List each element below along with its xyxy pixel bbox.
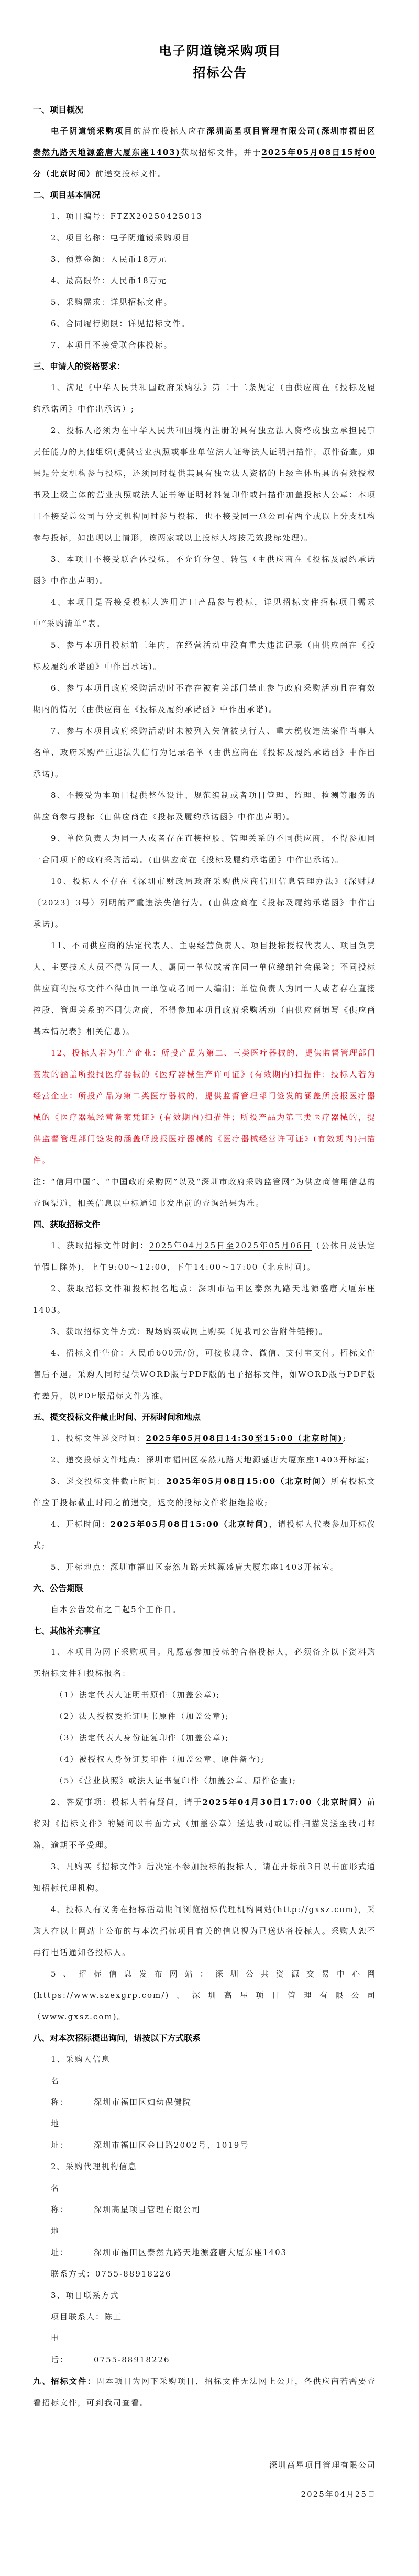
obtain-method: 3、获取招标文件方式：现场购买或网上购买（见我司公告附件链接)。 <box>33 1321 376 1342</box>
section-contacts: 八、对本次招标提出询问，请按以下方式联系 1、采购人信息 名 称：深圳市福田区妇… <box>64 2028 376 2371</box>
section-heading: 四、获取招标文件 <box>33 1214 376 1235</box>
document-price: 4、招标文件售价：人民币600元/份，可接收现金、微信、支付宝支付。招标文件售后… <box>33 1342 376 1407</box>
text-fragment: 的潜在投标人应在 <box>133 126 206 136</box>
field-label: 电 话： <box>51 2328 94 2371</box>
submission-deadline: 3、递交投标文件截止时间：2025年05月08日15:00（北京时间）所有投标文… <box>33 1471 376 1514</box>
signature-company: 深圳高星项目管理有限公司 <box>64 2455 376 2476</box>
qualification-item: 2、投标人必须为在中华人民共和国境内注册的具有独立法人资格或独立承担民事责任能力… <box>33 420 376 549</box>
qualification-item: 7、参与本项目政府采购活动时未被列入失信被执行人、重大税收违法案件当事人名单、政… <box>33 720 376 785</box>
credit-query-note: 注：“信用中国”、“中国政府采购网”以及“深圳市政府采购监管网”为供应商信用信息… <box>33 1171 376 1214</box>
document-title-block: 电子阴道镜采购项目 招标公告 <box>64 40 376 84</box>
project-name: 2、项目名称：电子阴道镜采购项目 <box>51 227 376 249</box>
qualification-item: 9、单位负责人为同一人或者存在直接控股、管理关系的不同供应商，不得参加同一合同项… <box>33 828 376 871</box>
text-fragment: 1、获取招标文件时间： <box>51 1241 149 1250</box>
max-price: 4、最高限价：人民币18万元 <box>51 270 376 292</box>
qualification-item: 3、本项目不接受联合体投标，不允许分包、转包（由供应商在《投标及履约承诺函》中作… <box>33 549 376 592</box>
opening-location: 5、开标地点：深圳市福田区泰然九路天地源盛唐大厦东座1403开标室。 <box>33 1557 376 1578</box>
section-project-overview: 一、项目概况 电子阴道镜采购项目的潜在投标人应在深圳高星项目管理有限公司(深圳市… <box>64 99 376 185</box>
required-document: （2）法人授权委托证明书原件（加盖公章); <box>55 1706 376 1727</box>
required-document: （3）法定代表人身份证复印件（加盖公章); <box>55 1727 376 1749</box>
agency-name: 名 称：深圳高星项目管理有限公司 <box>51 2178 376 2220</box>
qualification-item: 1、满足《中华人民共和国政府采购法》第二十二条规定（由供应商在《投标及履约承诺函… <box>33 377 376 420</box>
project-contact-title: 3、项目联系方式 <box>51 2285 376 2306</box>
qualification-item: 8、不接受为本项目提供整体设计、规范编制或者项目管理、监理、检测等服务的供应商参… <box>33 785 376 828</box>
qualification-item-medical-device-license: 12、投标人若为生产企业：所投产品为第二、三类医疗器械的，提供监督管理部门签发的… <box>33 1042 376 1171</box>
section-qualifications: 三、申请人的资格要求： 1、满足《中华人民共和国政府采购法》第二十二条规定（由供… <box>64 356 376 1214</box>
tender-documents-paragraph: 九、招标文件：因本项目为网下采购项目，招标文件无法网上公开，各供应商若需要查看招… <box>33 2371 376 2414</box>
submission-location: 2、递交投标文件地点：深圳市福田区泰然九路天地源盛唐大厦东座1403开标室; <box>33 1449 376 1471</box>
section-submission-and-opening: 五、提交投标文件截止时间、开标时间和地点 1、投标文件递交时间：2025年05月… <box>64 1407 376 1578</box>
budget-amount: 3、预算金额：人民币18万元 <box>51 249 376 270</box>
publication-websites: 5、招标信息发布网站：深圳公共资源交易中心网(https://www.szexg… <box>33 1963 376 2028</box>
overview-paragraph: 电子阴道镜采购项目的潜在投标人应在深圳高星项目管理有限公司(深圳市福田区泰然九路… <box>33 120 376 185</box>
section-heading: 五、提交投标文件截止时间、开标时间和地点 <box>33 1407 376 1428</box>
website-monitoring-duty: 4、投标人有义务在招标活动期间浏览招标代理机构网站(http://gxsz.co… <box>33 1899 376 1963</box>
project-contact-phone: 电 话：0755-88918226 <box>51 2328 376 2371</box>
tender-announcement-page: 电子阴道镜采购项目 招标公告 一、项目概况 电子阴道镜采购项目的潜在投标人应在深… <box>0 0 419 2576</box>
field-label: 项目联系人： <box>51 2312 104 2322</box>
text-fragment: 3、递交投标文件截止时间： <box>51 1476 166 1486</box>
text-fragment: 2、答疑事项：投标人若有疑问，请于 <box>51 1797 203 1807</box>
section-heading: 六、公告期限 <box>33 1578 376 1599</box>
purchaser-name: 名 称：深圳市福田区妇幼保健院 <box>51 2070 376 2113</box>
agency-contact: 联系方式：0755-88918226 <box>51 2263 376 2285</box>
project-name-highlight: 电子阴道镜采购项目 <box>51 126 133 136</box>
signature-block: 深圳高星项目管理有限公司 2025年04月25日 <box>64 2455 376 2505</box>
qualification-item: 5、参与本项目投标前三年内，在经营活动中没有重大违法记录（由供应商在《投标及履约… <box>33 635 376 678</box>
contract-period: 6、合同履行期限：详见招标文件。 <box>51 313 376 335</box>
opening-time: 4、开标时间：2025年05月08日15:00（北京时间)，请投标人代表参加开标… <box>33 1514 376 1557</box>
submission-time: 1、投标文件递交时间：2025年05月08日14:30至15:00（北京时间); <box>33 1428 376 1449</box>
field-value: 深圳市福田区泰然九路天地源盛唐大厦东座1403 <box>94 2248 287 2257</box>
document-subtitle: 招标公告 <box>64 62 376 84</box>
document-title: 电子阴道镜采购项目 <box>64 40 376 62</box>
field-label: 联系方式： <box>51 2269 95 2279</box>
submission-deadline-value: 2025年05月08日15:00（北京时间） <box>166 1476 330 1486</box>
section-heading: 九、招标文件： <box>33 2377 96 2386</box>
purchaser-info-title: 1、采购人信息 <box>51 2049 376 2070</box>
obtain-date-range: 2025年04月25日至2025年05月06日 <box>149 1241 312 1250</box>
section-heading: 三、申请人的资格要求： <box>33 356 376 377</box>
signature-date: 2025年04月25日 <box>64 2484 376 2505</box>
text-fragment: ; <box>343 1434 347 1443</box>
section-project-basics: 二、项目基本情况 1、项目编号：FTZX20250425013 2、项目名称：电… <box>64 185 376 356</box>
field-value: 0755-88918226 <box>95 2269 172 2279</box>
purchaser-address: 地 址：深圳市福田区金田路2002号、1019号 <box>51 2113 376 2156</box>
section-supplementary-matters: 七、其他补充事宜 1、本项目为网下采购项目。凡愿意参加投标的合格投标人，必须备齐… <box>64 1620 376 2028</box>
obtain-location: 2、获取招标文件和投标报名地点：深圳市福田区泰然九路天地源盛唐大厦东座1403。 <box>33 1278 376 1321</box>
qualification-item: 6、参与本项目政府采购活动时不存在被有关部门禁止参与政府采购活动且在有效期内的情… <box>33 678 376 720</box>
field-value: 深圳市福田区金田路2002号、1019号 <box>94 2140 249 2150</box>
project-number: 1、项目编号：FTZX20250425013 <box>51 206 376 227</box>
withdrawal-notice: 3、凡购买《招标文件》后决定不参加投标的投标人，请在开标前3日以书面形式通知招标… <box>33 1856 376 1899</box>
section-heading: 七、其他补充事宜 <box>33 1620 376 1641</box>
project-contact-person: 项目联系人：陈工 <box>51 2306 376 2328</box>
text-fragment: 4、开标时间： <box>51 1519 111 1529</box>
section-heading: 八、对本次招标提出询问，请按以下方式联系 <box>33 2028 376 2049</box>
opening-time-value: 2025年05月08日15:00（北京时间) <box>111 1519 269 1529</box>
text-fragment: 前递交投标文件。 <box>95 169 167 179</box>
clarification-deadline: 2025年04月30日17:00（北京时间） <box>203 1797 367 1807</box>
no-consortium: 7、本项目不接受联合体投标。 <box>51 335 376 356</box>
qualification-item: 11、不同供应商的法定代表人、主要经营负责人、项目投标授权代表人、项目负责人、主… <box>33 935 376 1042</box>
agency-address: 地 址：深圳市福田区泰然九路天地源盛唐大厦东座1403 <box>51 2220 376 2263</box>
announcement-period-text: 自本公告发布之日起5个工作日。 <box>33 1599 376 1620</box>
required-document: （1）法定代表人证明书原件（加盖公章); <box>55 1684 376 1706</box>
section-obtain-documents: 四、获取招标文件 1、获取招标文件时间：2025年04月25日至2025年05月… <box>64 1214 376 1407</box>
field-value: 0755-88918226 <box>94 2355 170 2364</box>
clarification-matters: 2、答疑事项：投标人若有疑问，请于2025年04月30日17:00（北京时间）前… <box>33 1792 376 1856</box>
required-document: （4）被授权人身份证复印件（加盖公章、原件备查); <box>55 1749 376 1770</box>
qualification-item: 10、投标人不存在《深圳市财政局政府采购供应商信用信息管理办法》(深财规〔202… <box>33 871 376 935</box>
section-heading: 二、项目基本情况 <box>33 185 376 206</box>
field-label: 地 址： <box>51 2220 94 2263</box>
qualification-item: 4、本项目是否接受投标人选用进口产品参与投标，详见招标文件招标项目需求中“采购清… <box>33 592 376 635</box>
offline-procurement-requirements: 1、本项目为网下采购项目。凡愿意参加投标的合格投标人，必须备齐以下资料购买招标文… <box>33 1641 376 1684</box>
procurement-needs: 5、采购需求：详见招标文件。 <box>51 292 376 313</box>
text-fragment: 获取招标文件，并于 <box>181 148 262 157</box>
field-value: 深圳高星项目管理有限公司 <box>94 2205 201 2214</box>
field-value: 深圳市福田区妇幼保健院 <box>94 2097 192 2107</box>
section-tender-documents: 九、招标文件：因本项目为网下采购项目，招标文件无法网上公开，各供应商若需要查看招… <box>64 2371 376 2414</box>
text-fragment: 1、投标文件递交时间： <box>51 1434 146 1443</box>
agency-info-title: 2、采购代理机构信息 <box>51 2156 376 2178</box>
field-value: 陈工 <box>104 2312 122 2322</box>
obtain-time: 1、获取招标文件时间：2025年04月25日至2025年05月06日（公休日及法… <box>33 1235 376 1278</box>
field-label: 名 称： <box>51 2178 94 2220</box>
section-announcement-period: 六、公告期限 自本公告发布之日起5个工作日。 <box>64 1578 376 1620</box>
section-heading: 一、项目概况 <box>33 99 376 120</box>
field-label: 名 称： <box>51 2070 94 2113</box>
field-label: 地 址： <box>51 2113 94 2156</box>
required-document: （5）《营业执照》或法人证书复印件（加盖公章、原件备查); <box>55 1770 376 1792</box>
submission-time-value: 2025年05月08日14:30至15:00（北京时间) <box>146 1434 343 1443</box>
